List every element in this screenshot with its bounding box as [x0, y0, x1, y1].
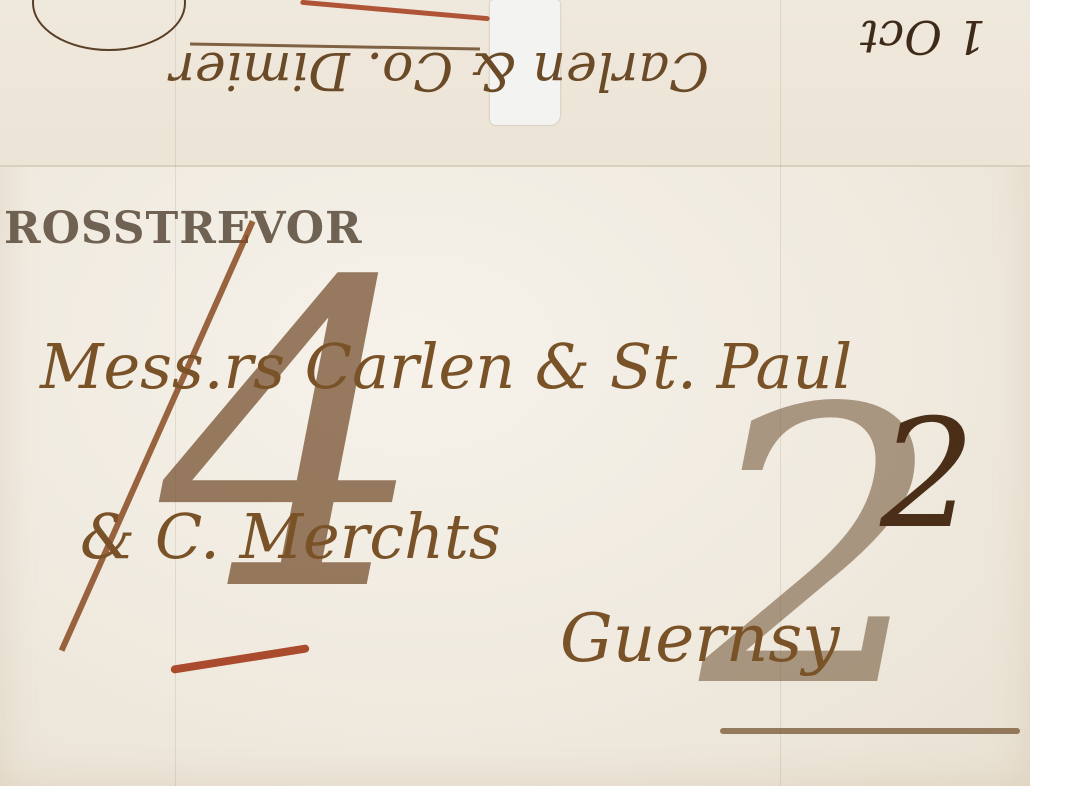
- address-underline: [720, 728, 1020, 734]
- letter-paper: Carlen & Co. Dimier 1 Oct ROSSTREVOR 4 2…: [0, 0, 1030, 786]
- rate-mark-large: 4: [160, 230, 427, 650]
- address-line-1: Mess.rs Carlen & St. Paul: [40, 330, 852, 403]
- address-line-2: & C. Merchts: [80, 500, 501, 573]
- rate-mark-small: 2: [880, 400, 975, 550]
- docket-text: Carlen & Co. Dimier: [170, 40, 709, 100]
- address-line-3: Guernsy: [560, 600, 840, 677]
- docket-date: 1 Oct: [860, 10, 986, 64]
